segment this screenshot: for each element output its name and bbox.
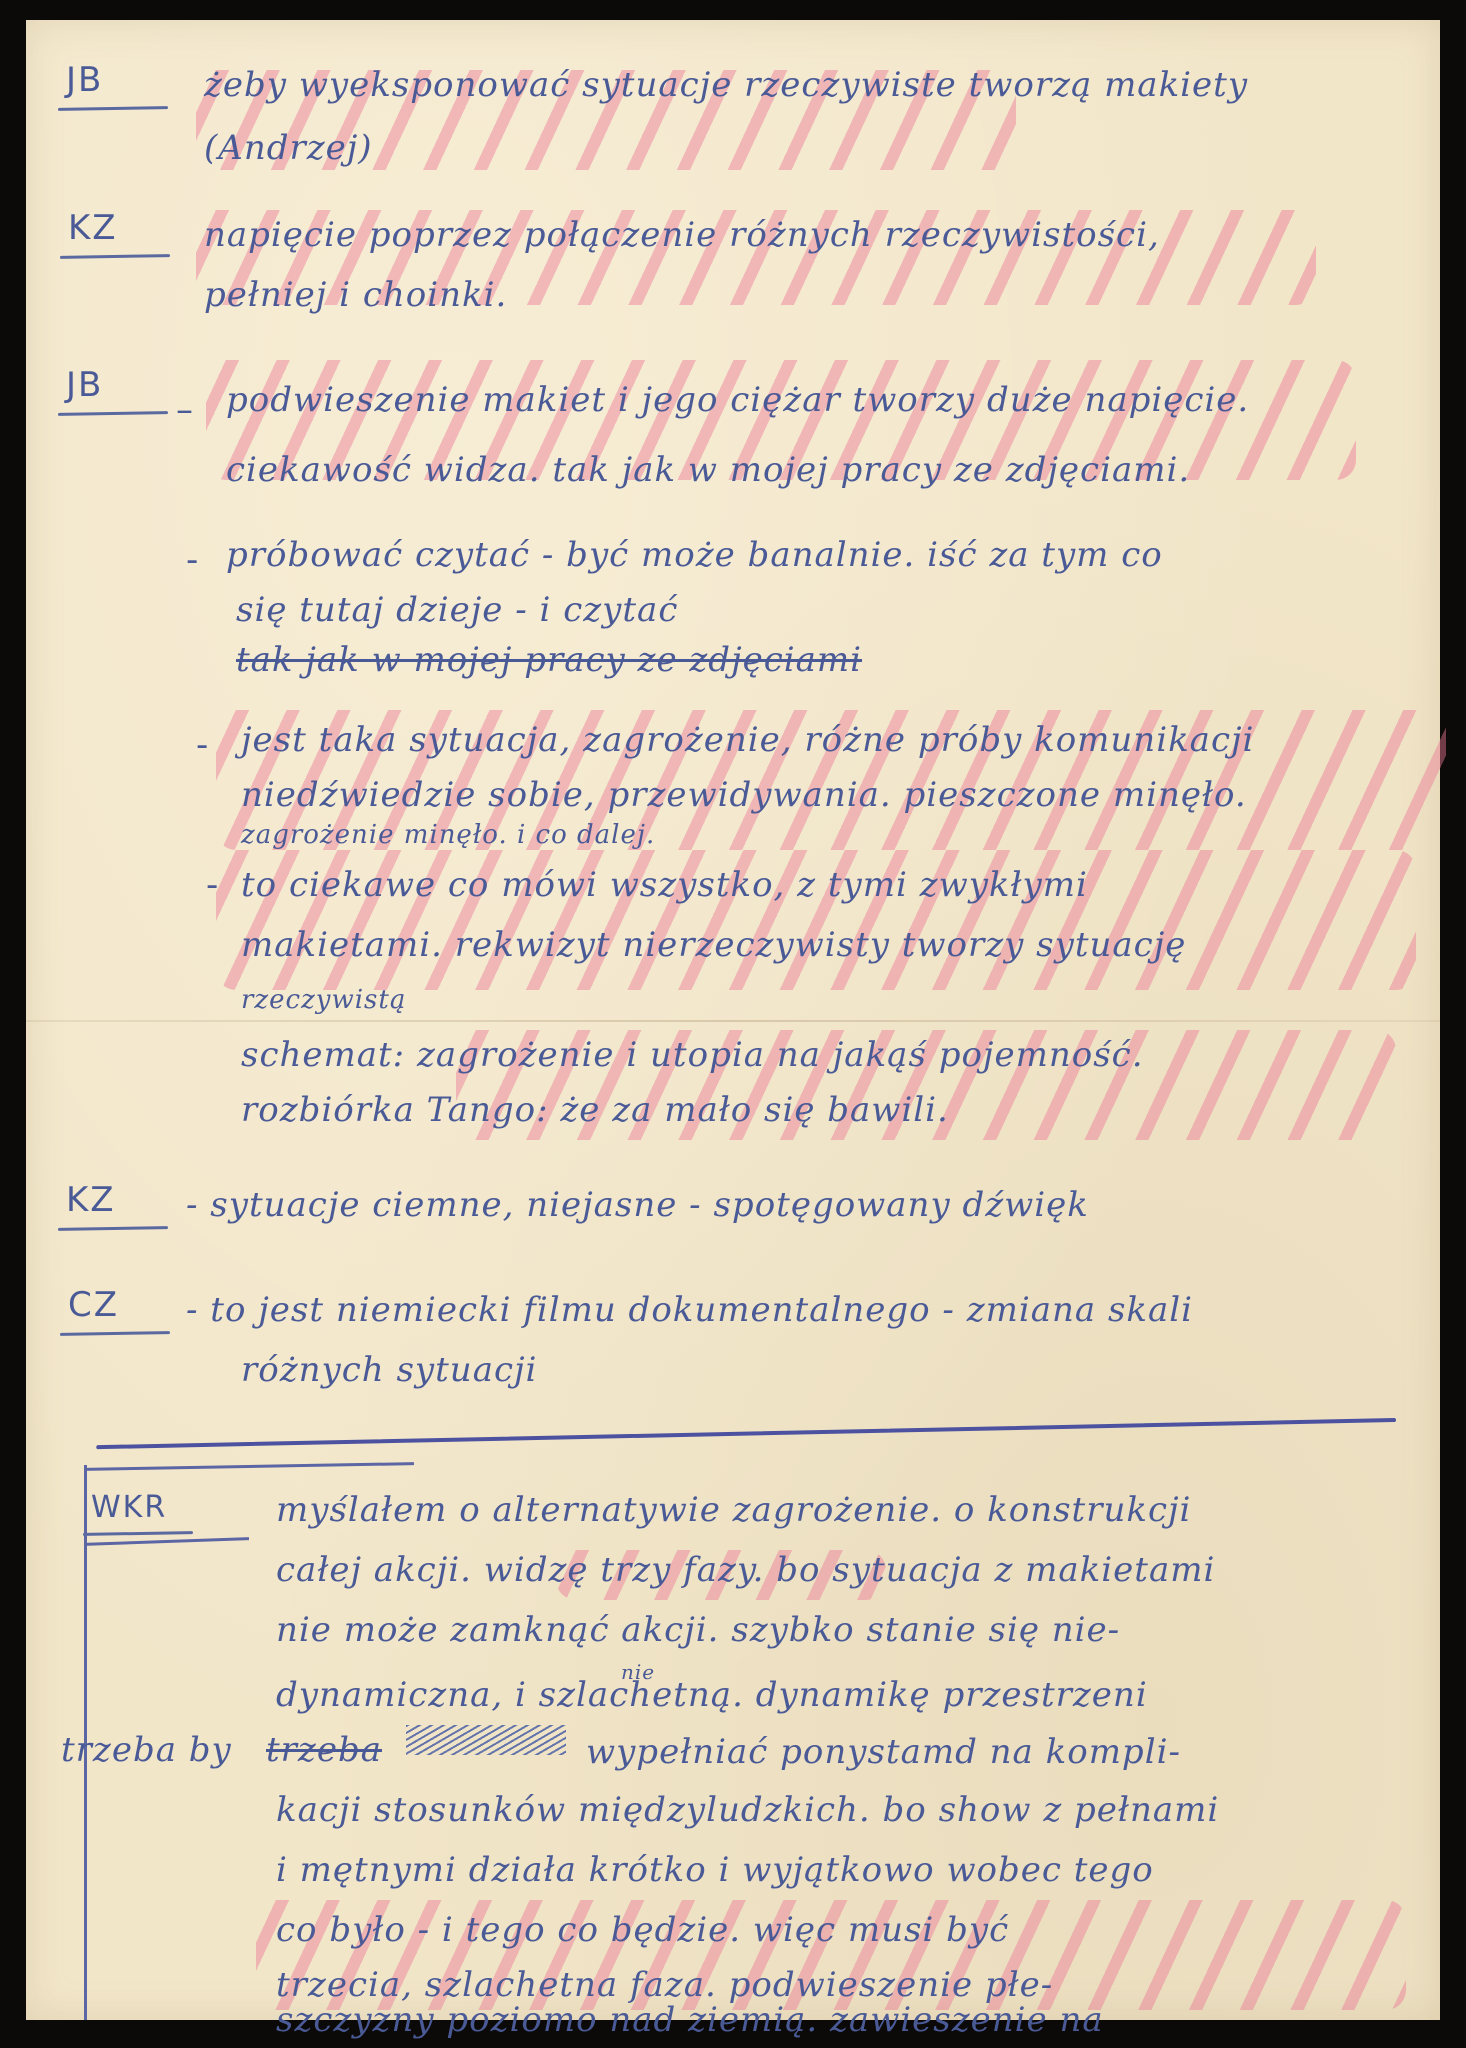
margin-note: trzeba by <box>61 1730 232 1770</box>
crossed-out-line: tak jak w mojej pracy ze zdjęciami <box>236 640 862 680</box>
speaker-initials: CZ <box>68 1285 119 1325</box>
note-line: jest taka sytuacja, zagrożenie, różne pr… <box>241 720 1254 760</box>
bullet-dash: - <box>186 540 198 580</box>
note-line: szczyzny poziomo nad ziemią. zawieszenie… <box>276 2000 1104 2040</box>
note-line: to ciekawe co mówi wszystko, z tymi zwyk… <box>241 865 1088 905</box>
note-line: nie może zamknąć akcji. szybko stanie si… <box>276 1610 1120 1650</box>
note-line: rozbiórka Tango: że za mało się bawili. <box>241 1090 949 1130</box>
note-line: i mętnymi działa krótko i wyjątkowo wobe… <box>276 1850 1154 1890</box>
note-line: całej akcji. widzę trzy fazy. bo sytuacj… <box>276 1550 1215 1590</box>
paper-fold-crease <box>26 1020 1440 1022</box>
note-line: kacji stosunków międzyludzkich. bo show … <box>276 1790 1219 1830</box>
note-line: (Andrzej) <box>204 128 373 168</box>
paper-sheet: JB żeby wyeksponować sytuacje rzeczywist… <box>26 20 1440 2020</box>
note-line: podwieszenie makiet i jego ciężar tworzy… <box>226 380 1249 420</box>
speaker-initials: WKR <box>91 1490 167 1525</box>
note-line: zagrożenie minęło. i co dalej. <box>241 820 655 850</box>
speaker-initials: JB <box>66 60 103 100</box>
section-divider-line <box>96 1418 1396 1449</box>
note-line: żeby wyeksponować sytuacje rzeczywiste t… <box>204 65 1248 105</box>
speaker-initials: KZ <box>66 1180 116 1220</box>
speaker-initials: KZ <box>68 208 118 248</box>
note-line: napięcie poprzez połączenie różnych rzec… <box>204 215 1160 255</box>
note-line: próbować czytać - być może banalnie. iść… <box>226 535 1163 575</box>
note-line: schemat: zagrożenie i utopia na jakąś po… <box>241 1035 1144 1075</box>
note-line: ciekawość widza. tak jak w mojej pracy z… <box>226 450 1190 490</box>
bullet-dash: - <box>196 725 208 765</box>
note-line: trzecia, szlachetna faza. podwieszenie p… <box>276 1965 1053 2005</box>
note-line: rzeczywistą <box>241 985 406 1015</box>
note-line: - to jest niemiecki filmu dokumentalnego… <box>186 1290 1193 1330</box>
speaker-initials: JB <box>66 365 103 405</box>
speaker-underline <box>84 1537 249 1546</box>
note-line: - sytuacje ciemne, niejasne - spotęgowan… <box>186 1185 1089 1225</box>
note-line: myślałem o alternatywie zagrożenie. o ko… <box>276 1490 1191 1530</box>
box-top-border <box>84 1462 414 1471</box>
note-line: się tutaj dzieje - i czytać <box>236 590 678 630</box>
bullet-dash: – <box>176 390 193 430</box>
crossed-out-word: trzeba <box>266 1730 382 1770</box>
note-line: różnych sytuacji <box>241 1350 537 1390</box>
note-line: makietami. rekwizyt nierzeczywisty tworz… <box>241 925 1186 965</box>
note-line: pełniej i choinki. <box>204 275 507 315</box>
note-line: niedźwiedzie sobie, przewidywania. piesz… <box>241 775 1247 815</box>
note-line: co było - i tego co będzie. więc musi by… <box>276 1910 1009 1950</box>
note-line: dynamiczna, i szlachetną. dynamikę przes… <box>276 1675 1148 1715</box>
note-line: wypełniać ponystamd na kompli- <box>586 1732 1181 1772</box>
scribbled-out-text <box>406 1725 566 1755</box>
bullet-dash: - <box>206 865 218 905</box>
